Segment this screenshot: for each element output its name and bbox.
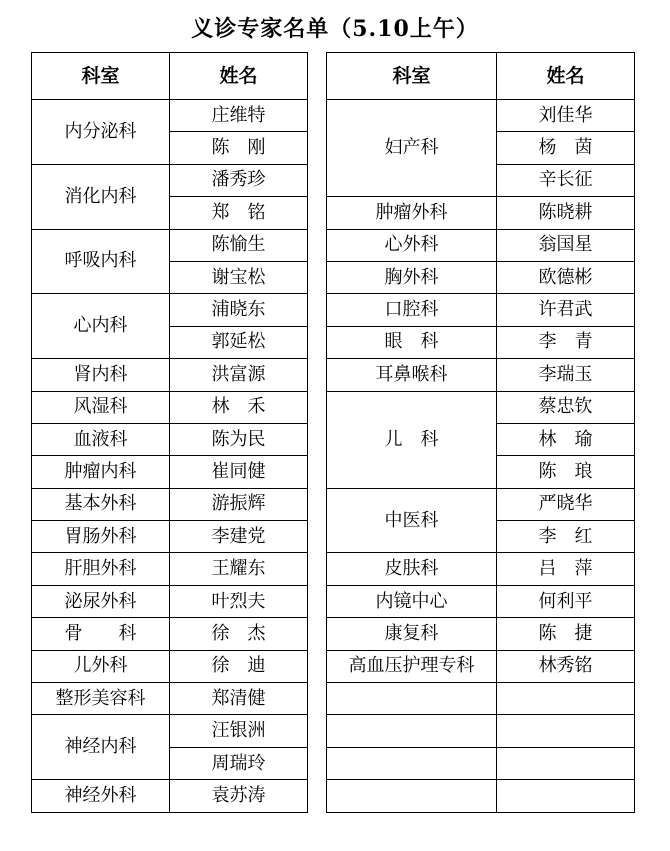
name-header: 姓名 [497,53,635,100]
table-row: 心外科翁国星 [327,229,635,261]
table-row: 肾内科洪富源 [32,359,308,391]
department-cell: 基本外科 [32,488,170,520]
doctor-name-cell: 李瑞玉 [497,359,635,391]
table-row: 康复科陈 捷 [327,618,635,650]
doctor-name-cell: 叶烈夫 [170,585,308,617]
doctor-name-cell: 欧德彬 [497,261,635,293]
doctor-name-cell: 郑 铭 [170,197,308,229]
department-cell: 神经内科 [32,715,170,780]
department-cell: 内镜中心 [327,585,497,617]
header-row: 科室 姓名 [327,53,635,100]
table-row: 心内科浦晓东 [32,294,308,326]
doctor-name-cell: 李建党 [170,521,308,553]
department-cell: 儿外科 [32,650,170,682]
doctor-name-cell [497,747,635,779]
doctor-name-cell: 潘秀珍 [170,164,308,196]
doctor-name-cell: 陈 刚 [170,132,308,164]
right-roster-table: 科室 姓名 妇产科刘佳华杨 茵辛长征肿瘤外科陈晓耕心外科翁国星胸外科欧德彬口腔科… [326,52,635,813]
doctor-name-cell: 洪富源 [170,359,308,391]
doctor-name-cell: 游振辉 [170,488,308,520]
doctor-name-cell: 浦晓东 [170,294,308,326]
department-cell: 消化内科 [32,164,170,229]
name-header: 姓名 [170,53,308,100]
doctor-name-cell: 陈 琅 [497,456,635,488]
department-cell: 整形美容科 [32,683,170,715]
table-row: 血液科陈为民 [32,423,308,455]
table-row: 中医科严晓华 [327,488,635,520]
table-row [327,780,635,812]
page-title: 义诊专家名单（5.10上午） [0,14,670,44]
department-cell: 骨 科 [32,618,170,650]
department-cell: 风湿科 [32,391,170,423]
doctor-name-cell: 庄维特 [170,100,308,132]
table-row: 内分泌科庄维特 [32,100,308,132]
table-row: 呼吸内科陈愉生 [32,229,308,261]
table-row [327,715,635,747]
doctor-name-cell: 辛长征 [497,164,635,196]
department-cell [327,683,497,715]
department-cell: 皮肤科 [327,553,497,585]
doctor-name-cell: 林秀铭 [497,650,635,682]
table-row: 神经外科袁苏涛 [32,780,308,812]
department-cell: 肿瘤外科 [327,197,497,229]
doctor-name-cell: 许君武 [497,294,635,326]
table-row: 消化内科潘秀珍 [32,164,308,196]
doctor-name-cell: 徐 杰 [170,618,308,650]
doctor-name-cell: 李 青 [497,326,635,358]
doctor-name-cell: 何利平 [497,585,635,617]
department-cell: 中医科 [327,488,497,553]
table-row: 儿外科徐 迪 [32,650,308,682]
doctor-name-cell: 郭延松 [170,326,308,358]
left-table-body: 内分泌科庄维特陈 刚消化内科潘秀珍郑 铭呼吸内科陈愉生谢宝松心内科浦晓东郭延松肾… [32,100,308,813]
department-cell: 妇产科 [327,100,497,197]
department-cell: 胸外科 [327,261,497,293]
doctor-name-cell [497,683,635,715]
table-row: 眼 科李 青 [327,326,635,358]
table-row: 泌尿外科叶烈夫 [32,585,308,617]
doctor-name-cell: 林 禾 [170,391,308,423]
department-cell: 肝胆外科 [32,553,170,585]
table-row: 骨 科徐 杰 [32,618,308,650]
department-cell: 血液科 [32,423,170,455]
department-cell: 心外科 [327,229,497,261]
department-cell: 胃肠外科 [32,521,170,553]
table-row: 胸外科欧德彬 [327,261,635,293]
table-row: 肝胆外科王耀东 [32,553,308,585]
doctor-name-cell: 王耀东 [170,553,308,585]
department-cell: 内分泌科 [32,100,170,165]
table-row: 神经内科汪银洲 [32,715,308,747]
table-row: 基本外科游振辉 [32,488,308,520]
table-row: 耳鼻喉科李瑞玉 [327,359,635,391]
department-header: 科室 [327,53,497,100]
department-cell: 心内科 [32,294,170,359]
department-cell: 呼吸内科 [32,229,170,294]
doctor-name-cell: 郑清健 [170,683,308,715]
table-row: 妇产科刘佳华 [327,100,635,132]
doctor-name-cell: 李 红 [497,521,635,553]
department-cell: 眼 科 [327,326,497,358]
doctor-name-cell: 严晓华 [497,488,635,520]
table-row: 胃肠外科李建党 [32,521,308,553]
right-table-body: 妇产科刘佳华杨 茵辛长征肿瘤外科陈晓耕心外科翁国星胸外科欧德彬口腔科许君武眼 科… [327,100,635,813]
doctor-name-cell: 蔡忠钦 [497,391,635,423]
doctor-name-cell: 陈 捷 [497,618,635,650]
department-cell: 儿 科 [327,391,497,488]
doctor-name-cell: 陈晓耕 [497,197,635,229]
doctor-name-cell: 林 瑜 [497,423,635,455]
doctor-name-cell: 谢宝松 [170,261,308,293]
department-header: 科室 [32,53,170,100]
doctor-name-cell: 袁苏涛 [170,780,308,812]
table-row: 儿 科蔡忠钦 [327,391,635,423]
department-cell: 高血压护理专科 [327,650,497,682]
left-roster-table: 科室 姓名 内分泌科庄维特陈 刚消化内科潘秀珍郑 铭呼吸内科陈愉生谢宝松心内科浦… [31,52,308,813]
doctor-name-cell: 崔同健 [170,456,308,488]
doctor-name-cell [497,715,635,747]
doctor-name-cell: 徐 迪 [170,650,308,682]
table-row: 整形美容科郑清健 [32,683,308,715]
department-cell: 神经外科 [32,780,170,812]
table-row [327,683,635,715]
doctor-name-cell: 陈愉生 [170,229,308,261]
table-row: 内镜中心何利平 [327,585,635,617]
doctor-name-cell [497,780,635,812]
department-cell [327,747,497,779]
table-row: 口腔科许君武 [327,294,635,326]
doctor-name-cell: 周瑞玲 [170,747,308,779]
table-row: 肿瘤内科崔同健 [32,456,308,488]
doctor-name-cell: 汪银洲 [170,715,308,747]
doctor-name-cell: 陈为民 [170,423,308,455]
department-cell: 肿瘤内科 [32,456,170,488]
doctor-name-cell: 吕 萍 [497,553,635,585]
header-row: 科室 姓名 [32,53,308,100]
table-row: 风湿科林 禾 [32,391,308,423]
doctor-name-cell: 刘佳华 [497,100,635,132]
table-row: 高血压护理专科林秀铭 [327,650,635,682]
table-row [327,747,635,779]
department-cell: 泌尿外科 [32,585,170,617]
department-cell [327,715,497,747]
table-row: 皮肤科吕 萍 [327,553,635,585]
doctor-name-cell: 翁国星 [497,229,635,261]
department-cell: 肾内科 [32,359,170,391]
table-row: 肿瘤外科陈晓耕 [327,197,635,229]
doctor-name-cell: 杨 茵 [497,132,635,164]
department-cell: 口腔科 [327,294,497,326]
department-cell: 康复科 [327,618,497,650]
department-cell [327,780,497,812]
department-cell: 耳鼻喉科 [327,359,497,391]
